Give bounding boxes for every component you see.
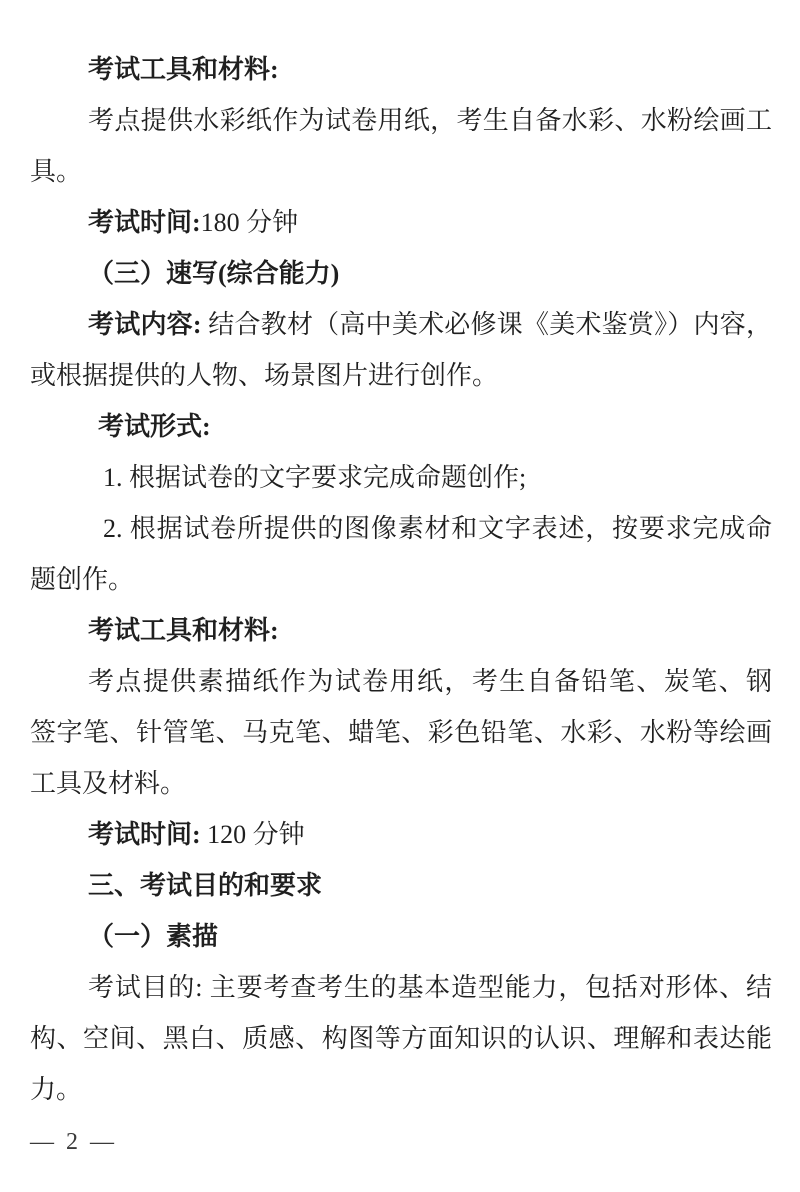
heading-subsection-drawing: （一）素描 xyxy=(30,911,772,962)
line-text: 具。 xyxy=(30,157,82,186)
line-text: 考点提供水彩纸作为试卷用纸，考生自备水彩、水粉绘画工 xyxy=(88,106,772,135)
line-text: 考点提供素描纸作为试卷用纸，考生自备铅笔、炭笔、钢笔、 xyxy=(88,667,772,707)
paragraph-line: 考试目的: 主要考查考生的基本造型能力，包括对形体、结 xyxy=(30,962,772,1013)
line-text: 1. 根据试卷的文字要求完成命题创作; xyxy=(103,463,526,492)
heading-exam-format: 考试形式: xyxy=(30,401,772,452)
paragraph-line: 题创作。 xyxy=(30,554,772,605)
heading-text: 考试工具和材料: xyxy=(88,616,279,645)
line-text: 构、空间、黑白、质感、构图等方面知识的认识、理解和表达能 xyxy=(30,1024,772,1053)
paragraph-line: 构、空间、黑白、质感、构图等方面知识的认识、理解和表达能 xyxy=(30,1013,772,1064)
line-text: 考试目的: 主要考查考生的基本造型能力，包括对形体、结 xyxy=(88,973,772,1002)
paragraph-line: 工具及材料。 xyxy=(30,758,772,809)
label-exam-duration: 考试时间: xyxy=(88,208,201,237)
exam-duration-120: 考试时间: 120 分钟 xyxy=(30,809,772,860)
document-page: 考试工具和材料: 考点提供水彩纸作为试卷用纸，考生自备水彩、水粉绘画工 具。 考… xyxy=(0,0,800,1192)
value-exam-duration: 120 分钟 xyxy=(201,820,305,849)
line-text: 工具及材料。 xyxy=(30,769,186,798)
line-text: 力。 xyxy=(30,1075,82,1104)
paragraph-line: 考点提供素描纸作为试卷用纸，考生自备铅笔、炭笔、钢笔、 xyxy=(30,656,772,707)
line-text: 或根据提供的人物、场景图片进行创作。 xyxy=(30,361,498,390)
exam-duration-180: 考试时间:180 分钟 xyxy=(30,197,772,248)
heading-exam-tools-2: 考试工具和材料: xyxy=(30,605,772,656)
label-exam-duration: 考试时间: xyxy=(88,820,201,849)
heading-section-purpose: 三、考试目的和要求 xyxy=(30,860,772,911)
paragraph-line: 签字笔、针管笔、马克笔、蜡笔、彩色铅笔、水彩、水粉等绘画 xyxy=(30,707,772,758)
paragraph-line: 或根据提供的人物、场景图片进行创作。 xyxy=(30,350,772,401)
heading-section-3-sketch: （三）速写(综合能力) xyxy=(30,248,772,299)
label-exam-content: 考试内容: xyxy=(88,310,202,339)
line-text: 结合教材（高中美术必修课《美术鉴赏》）内容， xyxy=(202,310,772,339)
line-text: 题创作。 xyxy=(30,565,134,594)
page-number: — 2 — xyxy=(30,1127,772,1157)
heading-text: （三）速写(综合能力) xyxy=(88,259,339,288)
heading-exam-tools-1: 考试工具和材料: xyxy=(30,44,772,95)
heading-text: 三、考试目的和要求 xyxy=(88,871,322,900)
heading-text: 考试形式: xyxy=(98,412,211,441)
value-exam-duration: 180 分钟 xyxy=(201,208,299,237)
heading-text: （一）素描 xyxy=(88,922,218,951)
line-text: 签字笔、针管笔、马克笔、蜡笔、彩色铅笔、水彩、水粉等绘画 xyxy=(30,718,772,747)
list-item-1: 1. 根据试卷的文字要求完成命题创作; xyxy=(30,452,772,503)
paragraph-line: 具。 xyxy=(30,146,772,197)
exam-content-line: 考试内容: 结合教材（高中美术必修课《美术鉴赏》）内容， xyxy=(30,299,772,350)
list-item-2: 2. 根据试卷所提供的图像素材和文字表述，按要求完成命 xyxy=(30,503,772,554)
heading-text: 考试工具和材料: xyxy=(88,55,279,84)
paragraph-line: 力。 xyxy=(30,1064,772,1115)
line-text: 2. 根据试卷所提供的图像素材和文字表述，按要求完成命 xyxy=(103,514,772,543)
paragraph-line: 考点提供水彩纸作为试卷用纸，考生自备水彩、水粉绘画工 xyxy=(30,95,772,146)
